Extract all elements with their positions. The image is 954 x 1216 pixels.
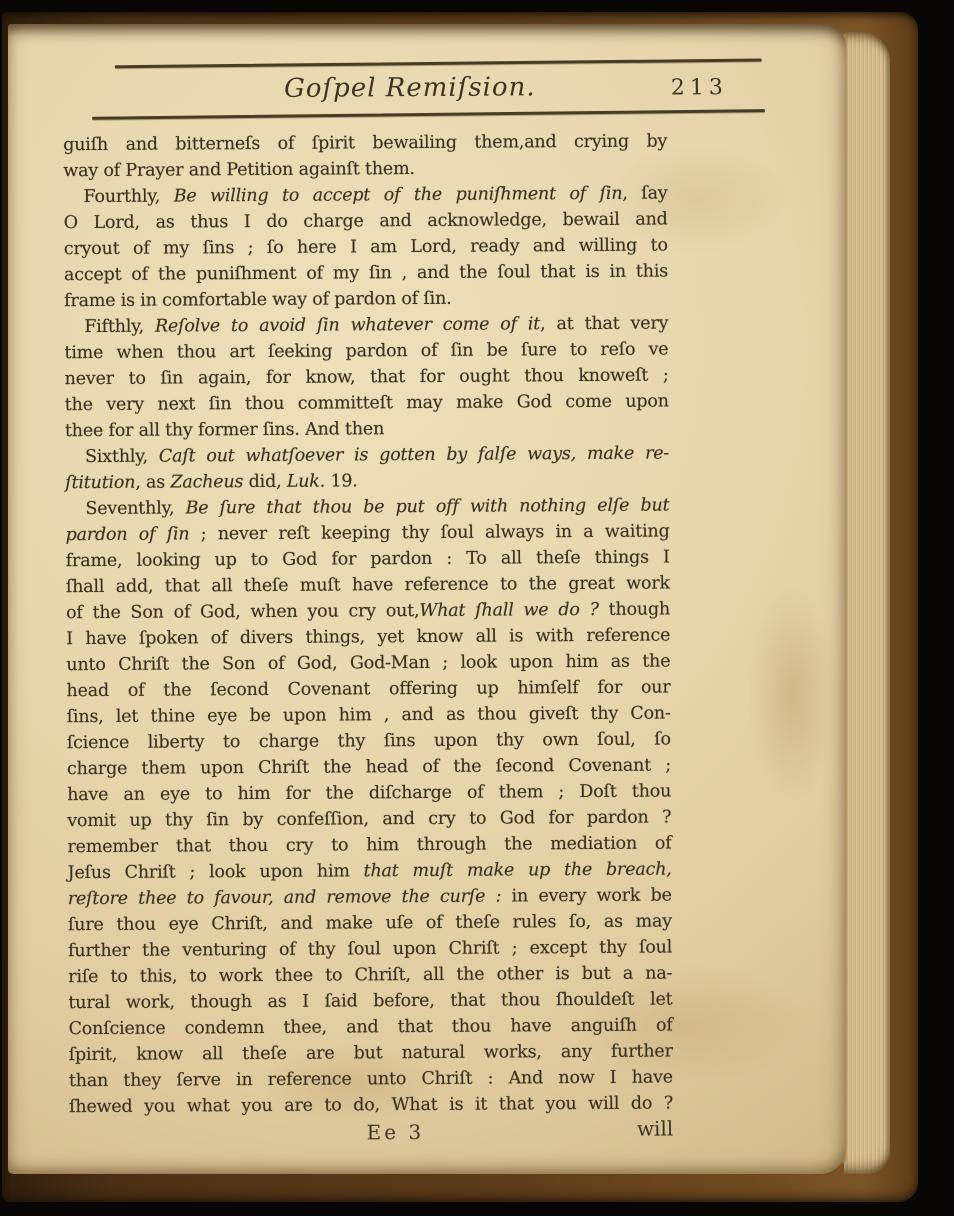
text-line: Jeſus Chriſt ; look upon him that muſt m… [68,856,672,886]
text-line: of the Son of God, when you cry out,What… [66,596,670,626]
text-line: cryout of my ſins ; ſo here I am Lord, r… [64,232,668,262]
text-line: head of the ſecond Covenant offering up … [66,674,670,704]
text-line: remember that thou cry to him through th… [67,830,671,860]
text-line: tural work, though as I ſaid before, tha… [68,986,672,1016]
text-line: charge them upon Chriſt the head of the … [67,752,671,782]
text-line: frame, looking up to God for pardon : To… [66,544,670,574]
text-line: ſins, let thine eye be upon him , and as… [67,700,671,730]
fore-edge-pages [844,32,890,1174]
text-line: ſcience liberty to charge thy ſins upon … [67,726,671,756]
page-footer: Ee 3 will [69,1116,673,1150]
text-line: ſtitution, as Zacheus did, Luk. 19. [65,466,669,496]
text-line: have an eye to him for the diſcharge of … [67,778,671,808]
text-line: way of Prayer and Petition againſt them. [63,154,667,184]
text-line: Sixthly, Caſt out whatſoever is gotten b… [65,440,669,470]
photo-backdrop: { "header": { "title": "Goſpel Remiſsion… [0,0,954,1216]
text-line: I have ſpoken of divers things, yet know… [66,622,670,652]
text-line: ſhewed you what you are to do, What is i… [69,1090,673,1120]
text-line: Fifthly, Reſolve to avoid ſin whatever c… [64,310,668,340]
text-line: thee for all thy former ſins. And then [65,414,669,444]
text-line: further the venturing of thy ſoul upon C… [68,934,672,964]
printed-area: Goſpel Remiſsion. 213 guiſh and bitterne… [61,58,780,1150]
text-line: unto Chriſt the Son of God, God-Man ; lo… [66,648,670,678]
signature-mark: Ee 3 [367,1120,425,1144]
text-line: never to ſin again, for know, that for o… [65,362,669,392]
body-text: guiſh and bitterneſs of ſpirit bewailing… [63,128,673,1120]
text-line: time when thou art ſeeking pardon of ſin… [64,336,668,366]
text-line: pardon of ſin ; never reſt keeping thy ſ… [65,518,669,548]
text-line: than they ſerve in reference unto Chriſt… [69,1064,673,1094]
text-line: ſpirit, know all theſe are but natural w… [69,1038,673,1068]
running-title: Goſpel Remiſsion. [284,72,536,104]
catchword: will [637,1116,673,1140]
text-line: frame is in comfortable way of pardon of… [64,284,668,314]
page-number: 213 [671,75,728,100]
text-line: Seventhly, Be ſure that thou be put off … [65,492,669,522]
text-line: reſtore thee to favour, and remove the c… [68,882,672,912]
page-header: Goſpel Remiſsion. 213 [61,63,773,115]
page-scan: Goſpel Remiſsion. 213 guiſh and bitterne… [8,24,846,1174]
text-line: the very next ſin thou committeſt may ma… [65,388,669,418]
text-line: ſure thou eye Chriſt, and make uſe of th… [68,908,672,938]
text-line: vomit up thy ſin by confeſſion, and cry … [67,804,671,834]
text-line: O Lord, as thus I do charge and acknowle… [64,206,668,236]
text-line: Fourthly, Be willing to accept of the pu… [63,180,667,210]
text-line: Conſcience condemn thee, and that thou h… [69,1012,673,1042]
text-line: accept of the puniſhment of my ſin , and… [64,258,668,288]
text-line: riſe to this, to work thee to Chriſt, al… [68,960,672,990]
text-line: ſhall add, that all theſe muſt have refe… [66,570,670,600]
text-line: guiſh and bitterneſs of ſpirit bewailing… [63,128,667,158]
